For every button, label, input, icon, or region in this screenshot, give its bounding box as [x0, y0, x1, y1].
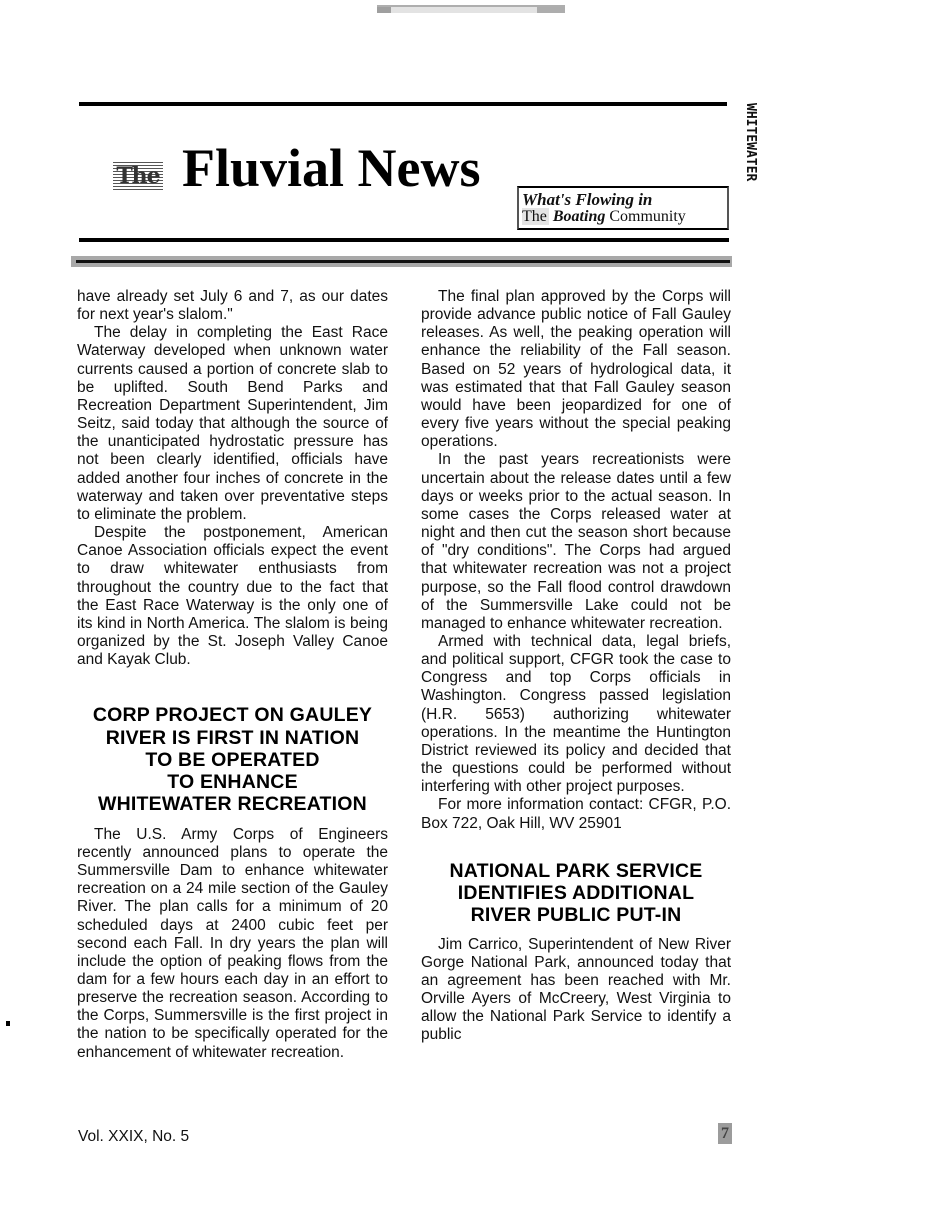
article-headline-park-service: NATIONAL PARK SERVICE IDENTIFIES ADDITIO… — [421, 860, 731, 927]
scan-speck — [6, 1021, 10, 1026]
contact-paragraph: For more information contact: CFGR, P.O.… — [421, 796, 731, 832]
left-column: have already set July 6 and 7, as our da… — [77, 288, 388, 1062]
tagline-the: The — [522, 208, 549, 225]
tagline-boating: Boating — [553, 208, 605, 225]
body-paragraph: Armed with technical data, legal briefs,… — [421, 633, 731, 796]
article-headline-gauley: CORP PROJECT ON GAULEY RIVER IS FIRST IN… — [77, 704, 388, 815]
headline-line: IDENTIFIES ADDITIONAL — [421, 882, 731, 904]
headline-line: RIVER IS FIRST IN NATION — [77, 727, 388, 749]
body-paragraph: have already set July 6 and 7, as our da… — [77, 288, 388, 324]
headline-line: TO ENHANCE — [77, 771, 388, 793]
right-column: The final plan approved by the Corps wil… — [421, 288, 731, 1045]
page-number: 7 — [718, 1123, 732, 1144]
section-vertical-label: WHITEWATER — [741, 103, 757, 238]
tagline-box: What's Flowing in The Boating Community — [517, 186, 729, 230]
scan-artifact — [377, 5, 565, 13]
masthead-gray-divider — [71, 256, 732, 267]
tagline-line-2: The Boating Community — [522, 208, 686, 226]
body-paragraph: The U.S. Army Corps of Engineers recentl… — [77, 826, 388, 1062]
volume-issue-label: Vol. XXIX, No. 5 — [78, 1128, 189, 1146]
body-paragraph: The delay in completing the East Race Wa… — [77, 324, 388, 524]
masthead-bottom-rule — [79, 238, 729, 242]
headline-line: RIVER PUBLIC PUT-IN — [421, 904, 731, 926]
headline-line: NATIONAL PARK SERVICE — [421, 860, 731, 882]
body-paragraph: The final plan approved by the Corps wil… — [421, 288, 731, 451]
masthead-the-text: The — [116, 163, 159, 189]
newsletter-title: Fluvial News — [182, 136, 481, 200]
masthead-the-logo: The — [113, 160, 163, 192]
headline-line: WHITEWATER RECREATION — [77, 793, 388, 815]
headline-line: TO BE OPERATED — [77, 749, 388, 771]
tagline-community: Community — [609, 208, 685, 225]
body-paragraph: In the past years recreationists were un… — [421, 451, 731, 633]
headline-line: CORP PROJECT ON GAULEY — [77, 704, 388, 726]
body-paragraph: Jim Carrico, Superintendent of New River… — [421, 936, 731, 1045]
masthead-top-rule — [79, 102, 727, 106]
tagline-line-1: What's Flowing in — [522, 190, 652, 210]
body-paragraph: Despite the postponement, American Canoe… — [77, 524, 388, 669]
